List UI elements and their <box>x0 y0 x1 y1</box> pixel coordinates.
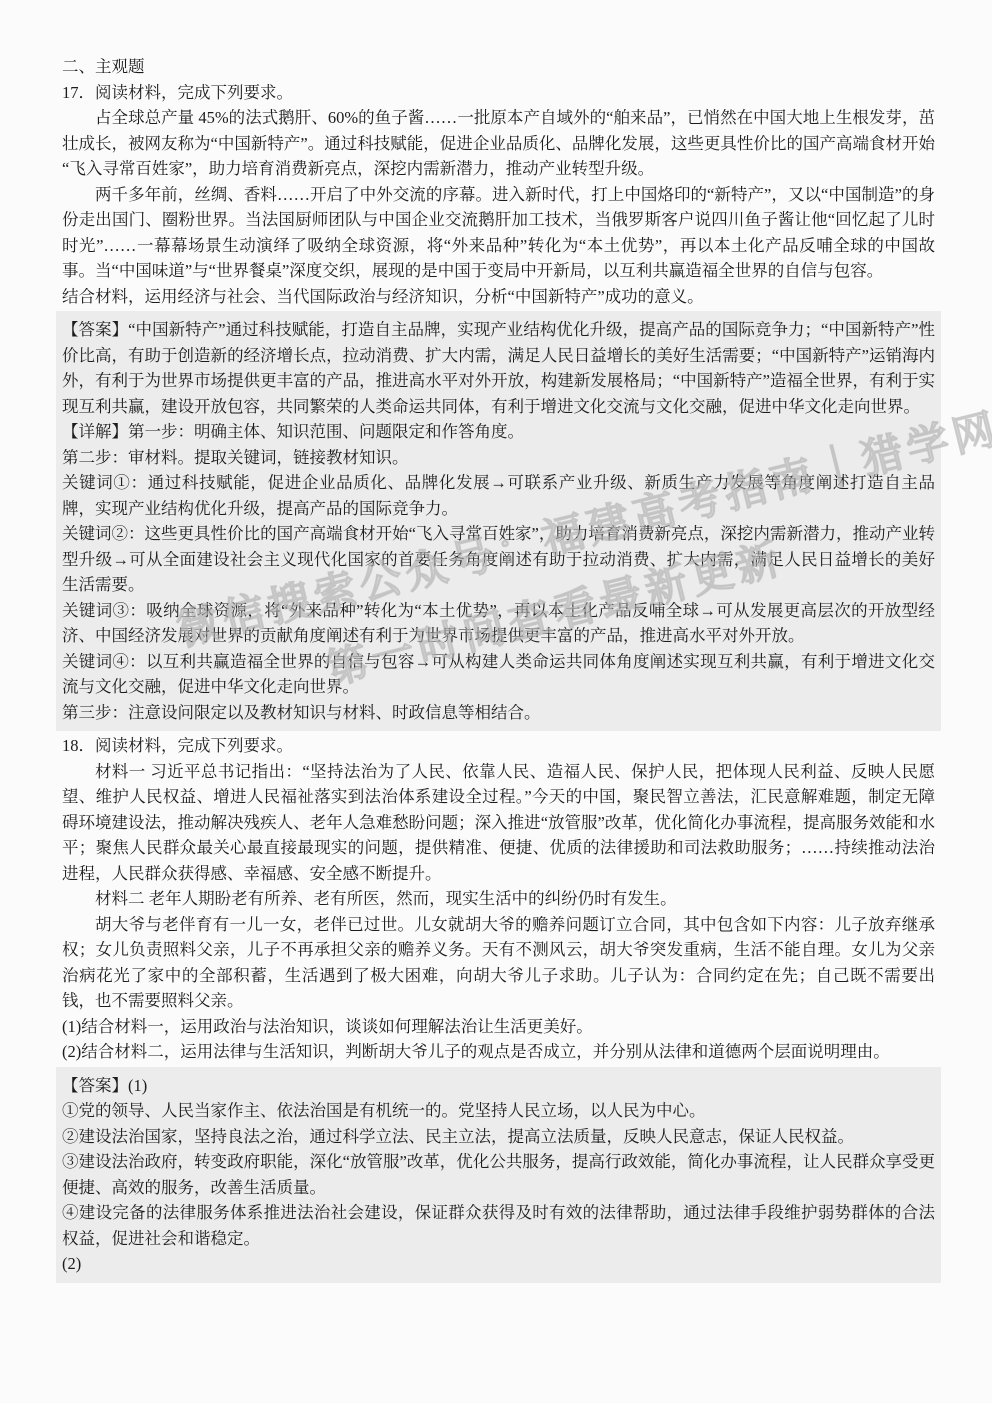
section-heading: 二、主观题 <box>62 54 935 80</box>
q17-answer-block: 【答案】“中国新特产”通过科技赋能，打造自主品牌，实现产业结构优化升级，提高产品… <box>56 311 941 731</box>
q17-detail-step-2: 第二步：审材料。提取关键词，链接教材知识。 <box>62 445 935 471</box>
q17-keyword-3: 关键词③：吸纳全球资源，将“外来品种”转化为“本土优势”，再以本土化产品反哺全球… <box>62 598 935 649</box>
q18-answer-point-4: ④建设完备的法律服务体系推进法治社会建设，保证群众获得及时有效的法律帮助，通过法… <box>62 1200 935 1251</box>
q17-answer: 【答案】“中国新特产”通过科技赋能，打造自主品牌，实现产业结构优化升级，提高产品… <box>62 317 935 419</box>
q18-answer-block: 【答案】(1) ①党的领导、人民当家作主、依法治国是有机统一的。党坚持人民立场，… <box>56 1067 941 1283</box>
q18-answer-heading: 【答案】(1) <box>62 1073 935 1099</box>
q17-detail-step-1: 【详解】第一步：明确主体、知识范围、问题限定和作答角度。 <box>62 419 935 445</box>
q18-material-2-case: 胡大爷与老伴育有一儿一女，老伴已过世。儿女就胡大爷的赡养问题订立合同，其中包含如… <box>62 912 935 1014</box>
exam-document: 二、主观题 17．阅读材料，完成下列要求。 占全球总产量 45%的法式鹅肝、60… <box>0 0 992 1283</box>
q17-keyword-2: 关键词②：这些更具性价比的国产高端食材开始“飞入寻常百姓家”，助力培育消费新亮点… <box>62 521 935 598</box>
q18-answer-point-3: ③建设法治政府，转变政府职能，深化“放管服”改革，优化公共服务，提高行政效能，简… <box>62 1149 935 1200</box>
q18-answer-point-1: ①党的领导、人民当家作主、依法治国是有机统一的。党坚持人民立场，以人民为中心。 <box>62 1098 935 1124</box>
q17-task: 结合材料，运用经济与社会、当代国际政治与经济知识，分析“中国新特产”成功的意义。 <box>62 284 935 310</box>
q18-sub-question-2: (2)结合材料二，运用法律与生活知识，判断胡大爷儿子的观点是否成立，并分别从法律… <box>62 1039 935 1065</box>
q18-material-1: 材料一 习近平总书记指出：“坚持法治为了人民、依靠人民、造福人民、保护人民，把体… <box>62 759 935 887</box>
q17-keyword-4: 关键词④：以互利共赢造福全世界的自信与包容→可从构建人类命运共同体角度阐述实现互… <box>62 649 935 700</box>
q17-detail-step-3: 第三步：注意设问限定以及教材知识与材料、时政信息等相结合。 <box>62 700 935 726</box>
q17-title: 17．阅读材料，完成下列要求。 <box>62 80 935 106</box>
q18-material-2: 材料二 老年人期盼老有所养、老有所医，然而，现实生活中的纠纷仍时有发生。 <box>62 886 935 912</box>
q18-answer-point-2: ②建设法治国家，坚持良法之治，通过科学立法、民主立法，提高立法质量，反映人民意志… <box>62 1124 935 1150</box>
q17-keyword-1: 关键词①：通过科技赋能，促进企业品质化、品牌化发展→可联系产业升级、新质生产力发… <box>62 470 935 521</box>
q17-material-para-2: 两千多年前，丝绸、香料……开启了中外交流的序幕。进入新时代，打上中国烙印的“新特… <box>62 182 935 284</box>
q18-answer2-heading: (2) <box>62 1251 935 1277</box>
q18-title: 18．阅读材料，完成下列要求。 <box>62 733 935 759</box>
q17-material-para-1: 占全球总产量 45%的法式鹅肝、60%的鱼子酱……一批原本产自域外的“舶来品”，… <box>62 105 935 182</box>
q18-sub-question-1: (1)结合材料一，运用政治与法治知识，谈谈如何理解法治让生活更美好。 <box>62 1014 935 1040</box>
